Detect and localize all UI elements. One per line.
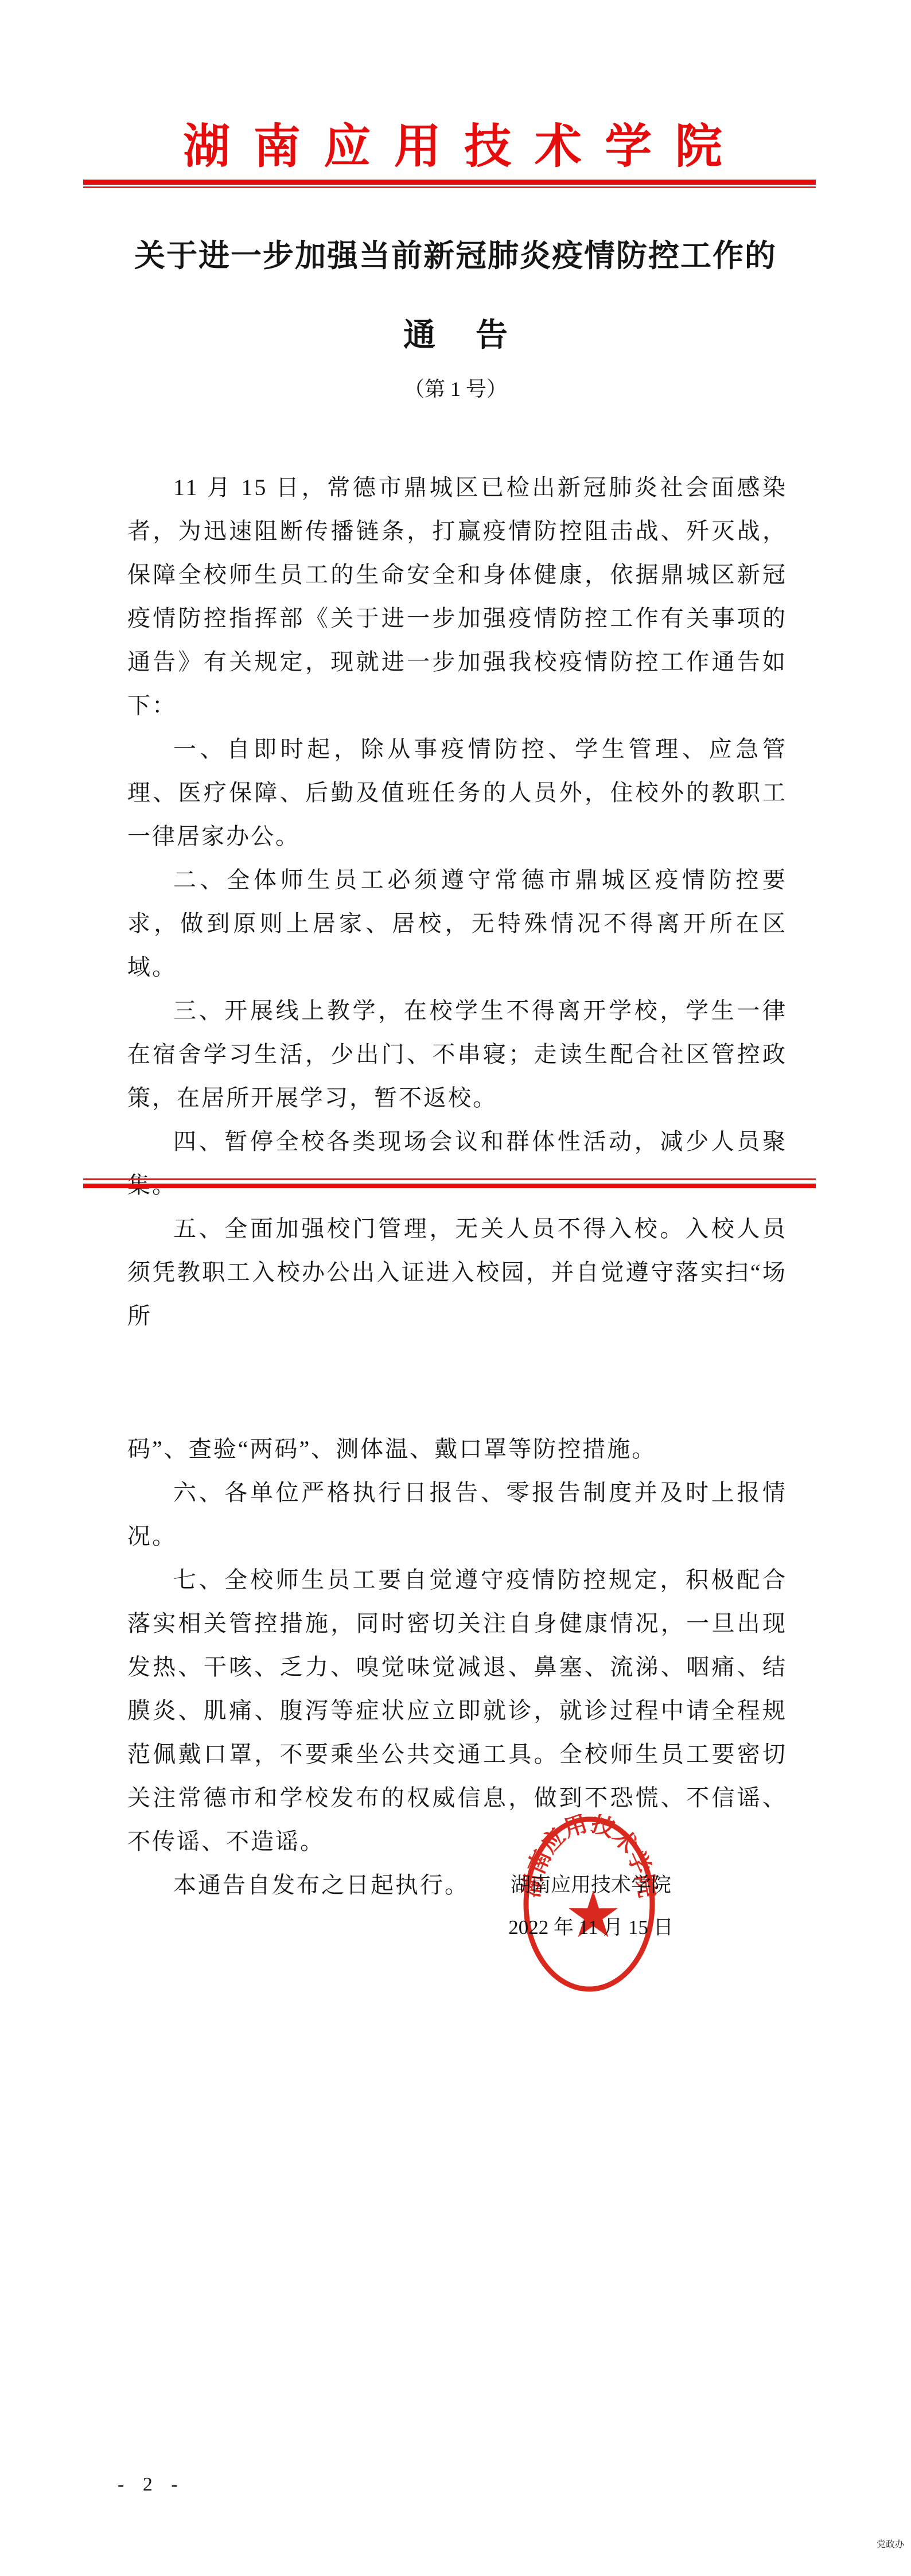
paragraph: 码”、查验“两码”、测体温、戴口罩等防控措施。 [127, 1427, 787, 1471]
paragraph: 四、暂停全校各类现场会议和群体性活动，减少人员聚集。 [127, 1120, 787, 1207]
page-number: - 2 - [118, 2474, 185, 2496]
page-break-rule-thick-bar [83, 1184, 816, 1188]
page1-body: 11 月 15 日，常德市鼎城区已检出新冠肺炎社会面感染者，为迅速阻断传播链条，… [127, 466, 787, 1338]
signature-org-name: 湖南应用技术学院 [508, 1869, 674, 1898]
letterhead-school-name: 湖 南 应 用 技 术 学 院 [0, 109, 911, 176]
paragraph: 六、各单位严格执行日报告、零报告制度并及时上报情况。 [127, 1471, 787, 1558]
paragraph: 二、全体师生员工必须遵守常德市鼎城区疫情防控要求，做到原则上居家、居校，无特殊情… [127, 858, 787, 989]
document-page: 湖 南 应 用 技 术 学 院 关于进一步加强当前新冠肺炎疫情防控工作的 通 告… [0, 0, 911, 2576]
letterhead-rule-thin-line [83, 186, 816, 188]
issue-number: （第 1 号） [126, 373, 785, 402]
letterhead-rule [83, 180, 816, 188]
letterhead-rule-thick-bar [83, 180, 816, 185]
paragraph: 本通告自发布之日起执行。 [127, 1863, 787, 1907]
page-break-rule-thin-line [83, 1178, 816, 1180]
paragraph: 一、自即时起，除从事疫情防控、学生管理、应急管理、医疗保障、后勤及值班任务的人员… [127, 727, 787, 858]
page2-body: 码”、查验“两码”、测体温、戴口罩等防控措施。六、各单位严格执行日报告、零报告制… [127, 1427, 787, 1907]
document-title-line1: 关于进一步加强当前新冠肺炎疫情防控工作的 [126, 238, 785, 274]
paragraph: 五、全面加强校门管理，无关人员不得入校。入校人员须凭教职工入校办公出入证进入校园… [127, 1207, 787, 1338]
paragraph: 11 月 15 日，常德市鼎城区已检出新冠肺炎社会面感染者，为迅速阻断传播链条，… [127, 466, 787, 727]
paragraph: 三、开展线上教学，在校学生不得离开学校，学生一律在宿舍学习生活，少出门、不串寝；… [127, 989, 787, 1120]
document-title-line2: 通 告 [126, 310, 785, 356]
signature-date: 2022 年 11 月 15 日 [508, 1912, 674, 1940]
page-break-rule [83, 1178, 816, 1188]
official-seal: 湖南应用技术学院 [521, 1814, 657, 1994]
paragraph: 七、全校师生员工要自觉遵守疫情防控规定，积极配合落实相关管控措施，同时密切关注自… [127, 1558, 787, 1863]
dept-watermark: 党政办 [877, 2537, 904, 2550]
